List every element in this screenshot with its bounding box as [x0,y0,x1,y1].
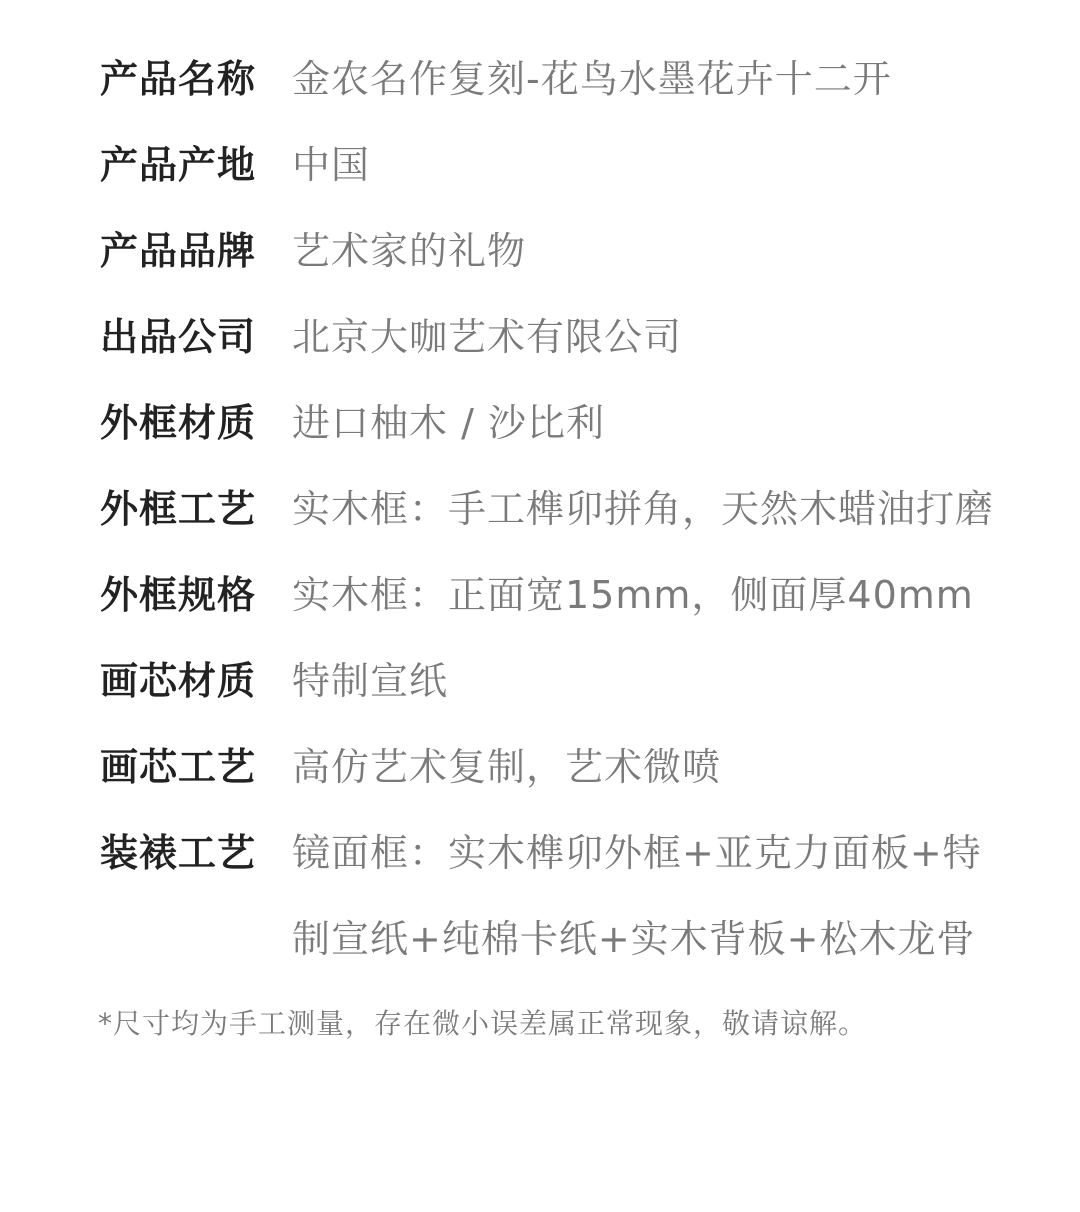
spec-label: 外框材质 [100,394,292,452]
spec-row-product-name: 产品名称 金农名作复刻-花鸟水墨花卉十二开 [100,50,1060,136]
spec-label: 产品名称 [100,50,292,108]
spec-row-core-craft: 画芯工艺 高仿艺术复制，艺术微喷 [100,738,1060,824]
spec-label: 装裱工艺 [100,824,292,882]
spec-value: 高仿艺术复制，艺术微喷 [292,738,721,796]
spec-row-frame-craft: 外框工艺 实木框：手工榫卯拼角，天然木蜡油打磨 [100,480,1060,566]
spec-row-mounting-craft: 装裱工艺 镜面框：实木榫卯外框+亚克力面板+特 制宣纸+纯棉卡纸+实木背板+松木… [100,824,1060,968]
measurement-disclaimer: *尺寸均为手工测量，存在微小误差属正常现象，敬请谅解。 [98,1004,867,1044]
spec-row-core-material: 画芯材质 特制宣纸 [100,652,1060,738]
spec-value: 特制宣纸 [292,652,448,710]
spec-value-line: 制宣纸+纯棉卡纸+实木背板+松木龙骨 [292,910,982,968]
spec-label: 画芯材质 [100,652,292,710]
spec-label: 外框工艺 [100,480,292,538]
spec-row-brand: 产品品牌 艺术家的礼物 [100,222,1060,308]
spec-value: 中国 [292,136,370,194]
spec-row-origin: 产品产地 中国 [100,136,1060,222]
spec-value: 实木框：手工榫卯拼角，天然木蜡油打磨 [292,480,994,538]
spec-value-line: 镜面框：实木榫卯外框+亚克力面板+特 [292,824,982,882]
spec-row-frame-material: 外框材质 进口柚木 / 沙比利 [100,394,1060,480]
spec-label: 产品品牌 [100,222,292,280]
spec-value: 艺术家的礼物 [292,222,526,280]
product-spec-list: 产品名称 金农名作复刻-花鸟水墨花卉十二开 产品产地 中国 产品品牌 艺术家的礼… [100,50,1060,968]
spec-value: 实木框：正面宽15mm，侧面厚40mm [292,566,974,624]
spec-label: 产品产地 [100,136,292,194]
spec-value: 北京大咖艺术有限公司 [292,308,682,366]
spec-row-frame-size: 外框规格 实木框：正面宽15mm，侧面厚40mm [100,566,1060,652]
spec-row-company: 出品公司 北京大咖艺术有限公司 [100,308,1060,394]
spec-label: 出品公司 [100,308,292,366]
spec-label: 画芯工艺 [100,738,292,796]
spec-label: 外框规格 [100,566,292,624]
spec-value: 金农名作复刻-花鸟水墨花卉十二开 [292,50,892,108]
spec-value: 进口柚木 / 沙比利 [292,394,605,452]
spec-value-multiline: 镜面框：实木榫卯外框+亚克力面板+特 制宣纸+纯棉卡纸+实木背板+松木龙骨 [292,824,982,968]
